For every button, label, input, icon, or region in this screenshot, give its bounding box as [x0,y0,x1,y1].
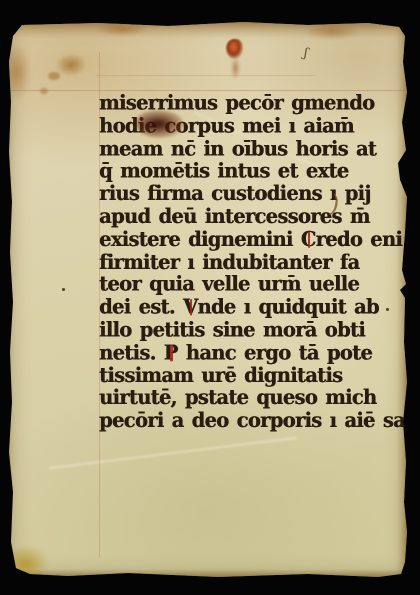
top-edge-blotch [303,22,361,40]
text-segment: tissimam urē dignitatis [99,363,342,387]
text-segment: existere dignemini [99,227,301,251]
manuscript-text-line: uirtutē, pstate queso mich [99,387,361,410]
marginal-tick-mark: ʃ [302,46,310,61]
text-segment: meam nc̄ in oībus horis at [99,136,376,160]
text-segment: dei est. [99,295,183,319]
manuscript-text-line: pecōri a deo corporis ı aiē sa [99,409,361,432]
manuscript-text-line: q̄ momētis intus et exte [99,160,361,183]
rubricated-initial: V [183,296,197,319]
red-stain-top-center [226,39,243,59]
manuscript-text-line: apud deū intercessores m̄ [99,205,361,228]
manuscript-text-line: existere dignemini Credo eni [99,228,361,251]
text-segment: q̄ momētis intus et exte [99,159,348,183]
brown-stain-dot [40,88,48,94]
brown-stain-dot [48,72,60,80]
text-segment: pecōri a deo corporis ı aiē sa [99,408,405,432]
manuscript-text-line: tissimam urē dignitatis [99,364,361,387]
text-segment: illo petitis sine morā obti [99,318,365,342]
right-edge-darkening [396,22,408,578]
manuscript-text-line: meam nc̄ in oībus horis at [99,137,361,160]
manuscript-text-line: illo petitis sine morā obti [99,319,361,342]
manuscript-text-line: firmiter ı indubitanter fa [99,251,361,274]
manuscript-text-line: rius firma custodiens ı pij [99,183,361,206]
ink-speck [386,308,389,311]
ruling-line-horizontal-upper [96,75,316,76]
photograph-backdrop: miserrimus pecōr gmendohodie corpus mei … [0,0,420,595]
parchment-leaf: miserrimus pecōr gmendohodie corpus mei … [8,22,408,578]
manuscript-text-line: miserrimus pecōr gmendo [99,92,361,115]
text-block: miserrimus pecōr gmendohodie corpus mei … [99,92,361,432]
manuscript-text-line: teor quia velle urm̄ uelle [99,273,361,296]
text-segment: uirtutē, pstate queso mich [99,386,376,410]
top-edge-stain-band [8,22,408,38]
red-stain-tail [231,57,240,79]
top-edge-blotch [96,22,148,36]
top-left-corner-stain [4,44,30,100]
text-segment: teor quia velle urm̄ uelle [99,272,359,296]
bottom-left-yellow-stain [10,546,48,576]
text-segment: hodie corpus mei ı aiam̄ [99,114,354,138]
rubricated-initial: C [301,228,316,251]
manuscript-text-line: dei est. Vnde ı quidquit ab [99,296,361,319]
brown-stain-blob [56,54,86,76]
text-segment: firmiter ı indubitanter fa [99,250,359,274]
bottom-edge-darkening [8,569,408,578]
rubricated-initial: P [164,341,178,364]
text-segment: miserrimus pecōr gmendo [99,91,374,115]
text-segment: netis. [99,340,164,364]
text-segment: redo eni [316,227,403,251]
manuscript-text-line: hodie corpus mei ı aiam̄ [99,115,361,138]
text-segment: hanc ergo tā pote [178,340,372,364]
parchment-crease [49,437,297,469]
text-segment: nde ı quidquit ab [197,295,378,319]
ink-speck [62,288,65,291]
manuscript-text-line: netis. P hanc ergo tā pote [99,341,361,364]
